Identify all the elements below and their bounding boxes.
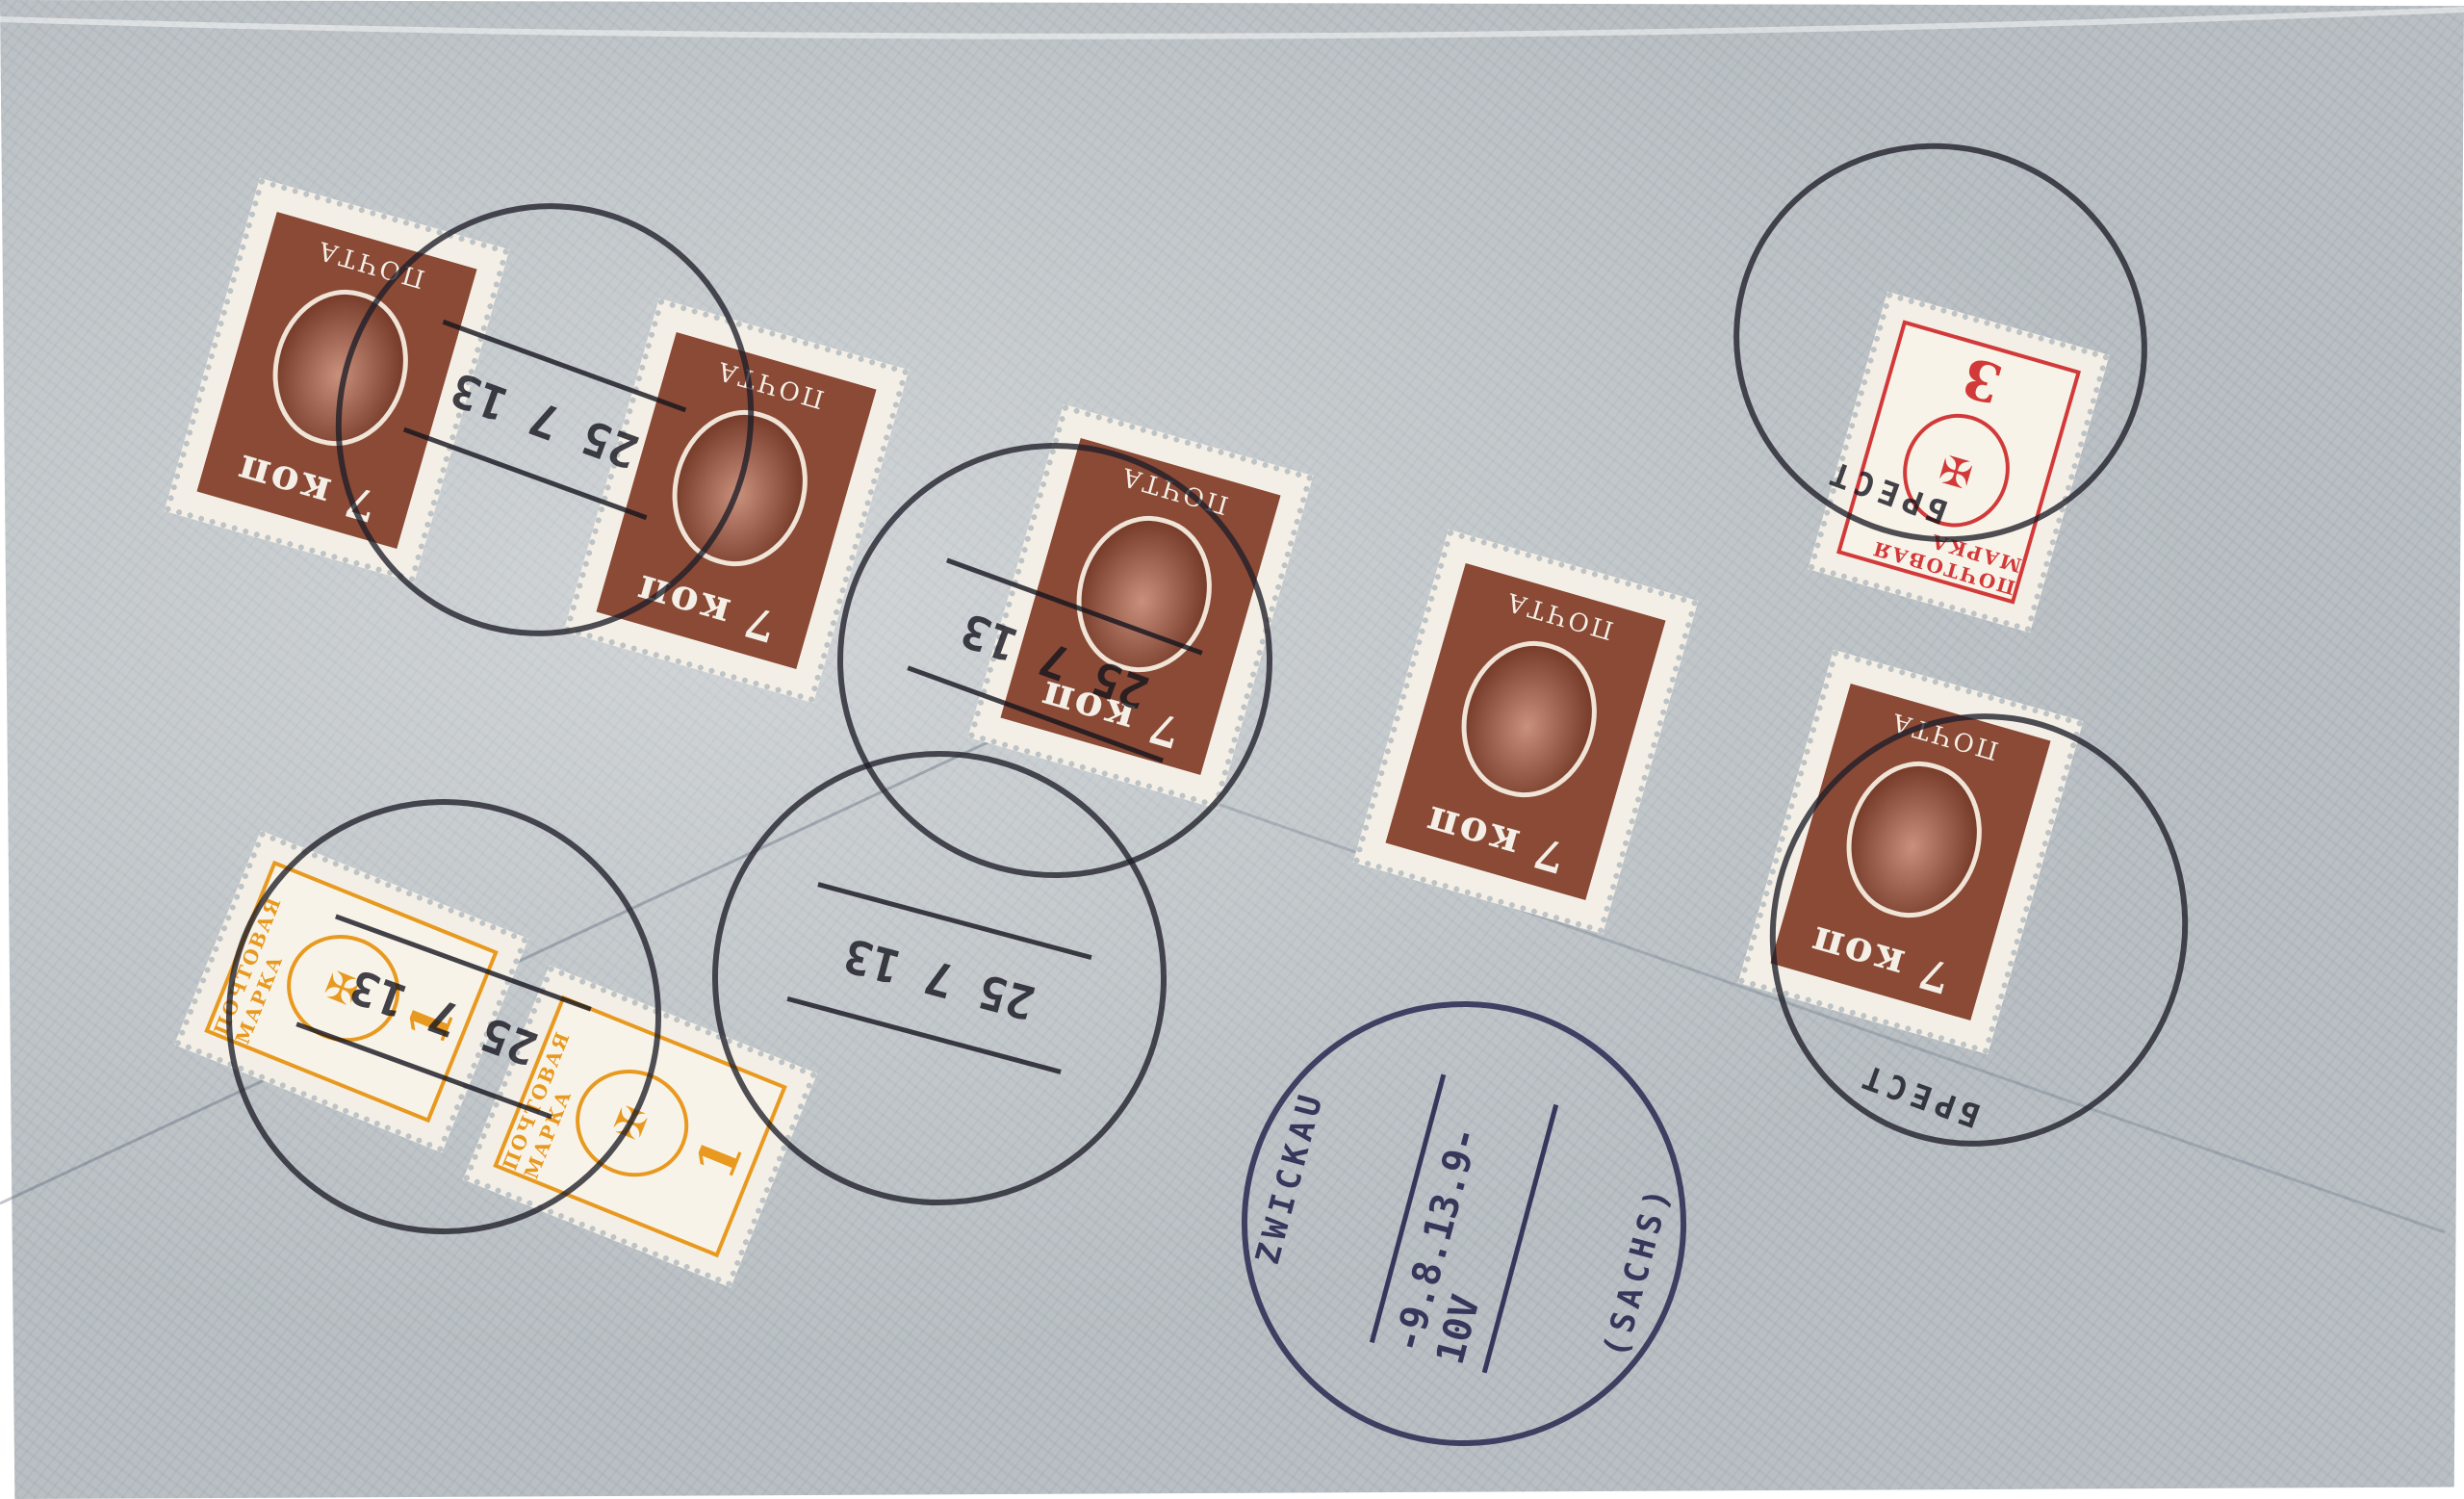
stamp-caption: ПОЧТА xyxy=(1501,581,1619,645)
stamp-value: 7 коп xyxy=(1418,795,1571,888)
tsar-portrait-icon xyxy=(1443,626,1615,814)
postmark-date: 25 7 13 xyxy=(444,361,645,478)
postmark-date: 25 7 13 xyxy=(838,927,1040,1029)
stamp-value: 1 xyxy=(683,1129,757,1188)
postmark-date: 25 7 13 xyxy=(954,602,1155,719)
postmark-date: -9.8.13.9-10V xyxy=(1385,1078,1542,1369)
postmark-date: 25 7 13 xyxy=(343,958,544,1075)
